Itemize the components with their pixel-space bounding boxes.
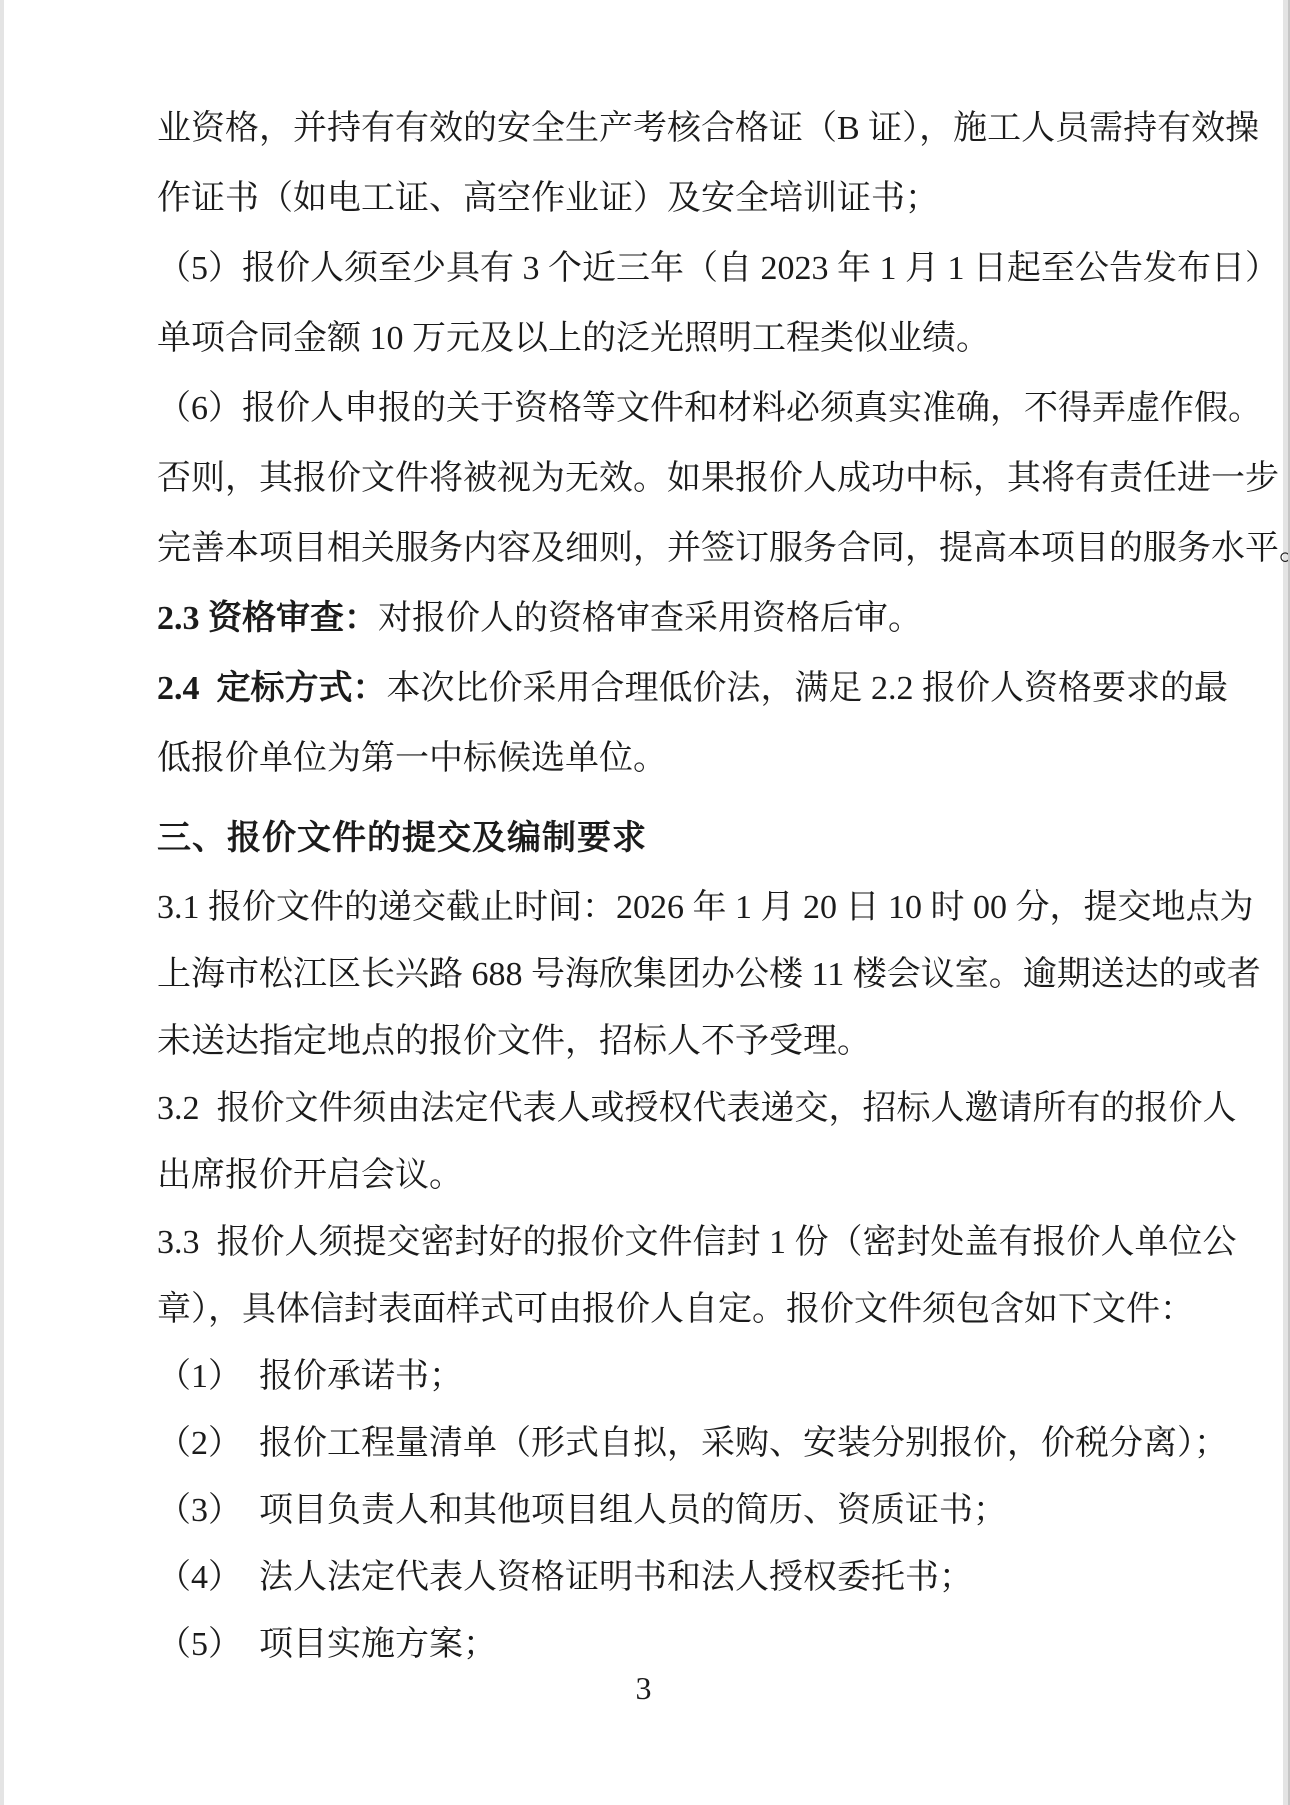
doc-line-clause-2-4: 2.4 定标方式：本次比价采用合理低价法，满足 2.2 报价人资格要求的最 [157,654,1283,724]
clause-2-3-text: 对报价人的资格审查采用资格后审。 [378,600,922,637]
doc-line: 单项合同金额 10 万元及以上的泛光照明工程类似业绩。 [157,304,1283,374]
doc-line: 未送达指定地点的报价文件，招标人不予受理。 [157,1008,1283,1075]
document-viewer-background: 业资格，并持有有效的安全生产考核合格证（B 证），施工人员需持有效操 作证书（如… [0,0,1290,1805]
clause-2-3-label: 2.3 资格审查： [157,600,378,637]
clause-2-4-label: 2.4 定标方式： [157,670,387,707]
doc-line: 业资格，并持有有效的安全生产考核合格证（B 证），施工人员需持有效操 [157,94,1283,164]
doc-line: 出席报价开启会议。 [157,1142,1283,1209]
doc-line-clause-3-3: 3.3 报价人须提交密封好的报价文件信封 1 份（密封处盖有报价人单位公 [157,1209,1283,1276]
section-2-qualification: 业资格，并持有有效的安全生产考核合格证（B 证），施工人员需持有效操 作证书（如… [157,94,1283,794]
page-number: 3 [4,1678,1283,1698]
doc-line-list-item-3: （3） 项目负责人和其他项目组人员的简历、资质证书； [157,1477,1283,1544]
document-body: 业资格，并持有有效的安全生产考核合格证（B 证），施工人员需持有效操 作证书（如… [4,0,1283,1678]
doc-line-item-5: （5）报价人须至少具有 3 个近三年（自 2023 年 1 月 1 日起至公告发… [157,234,1283,304]
doc-line: 完善本项目相关服务内容及细则，并签订服务合同，提高本项目的服务水平。 [157,514,1283,584]
doc-line-clause-3-1: 3.1 报价文件的递交截止时间：2026 年 1 月 20 日 10 时 00 … [157,874,1283,941]
doc-line: 作证书（如电工证、高空作业证）及安全培训证书； [157,164,1283,234]
document-page: 业资格，并持有有效的安全生产考核合格证（B 证），施工人员需持有效操 作证书（如… [4,0,1283,1805]
doc-line: 否则，其报价文件将被视为无效。如果报价人成功中标，其将有责任进一步 [157,444,1283,514]
doc-line-item-6: （6）报价人申报的关于资格等文件和材料必须真实准确，不得弄虚作假。 [157,374,1283,444]
section-3-submission: 三、报价文件的提交及编制要求 3.1 报价文件的递交截止时间：2026 年 1 … [157,804,1283,1678]
doc-line-list-item-4: （4） 法人法定代表人资格证明书和法人授权委托书； [157,1544,1283,1611]
doc-line-list-item-1: （1） 报价承诺书； [157,1343,1283,1410]
doc-line-clause-2-3: 2.3 资格审查：对报价人的资格审查采用资格后审。 [157,584,1283,654]
clause-2-4-text: 本次比价采用合理低价法，满足 2.2 报价人资格要求的最 [387,670,1229,707]
doc-line-list-item-5: （5） 项目实施方案； [157,1611,1283,1678]
doc-line-list-item-2: （2） 报价工程量清单（形式自拟，采购、安装分别报价，价税分离）； [157,1410,1283,1477]
doc-line: 章），具体信封表面样式可由报价人自定。报价文件须包含如下文件： [157,1276,1283,1343]
doc-line: 上海市松江区长兴路 688 号海欣集团办公楼 11 楼会议室。逾期送达的或者 [157,941,1283,1008]
doc-line-clause-3-2: 3.2 报价文件须由法定代表人或授权代表递交，招标人邀请所有的报价人 [157,1075,1283,1142]
doc-line: 低报价单位为第一中标候选单位。 [157,724,1283,794]
section-3-heading: 三、报价文件的提交及编制要求 [157,804,1283,874]
